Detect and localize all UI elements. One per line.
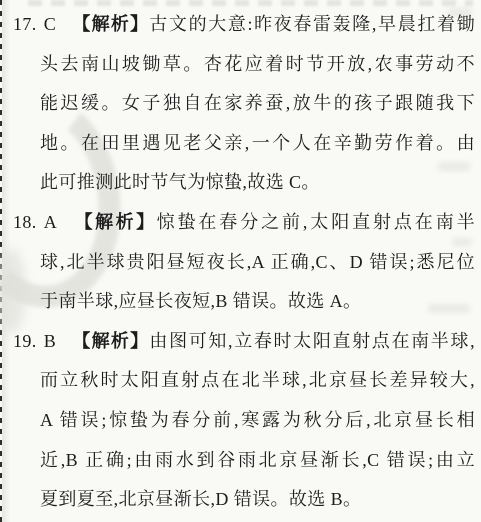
solution-line: 18.A【解析】惊蛰在春分之前,太阳直射点在南半 [13, 203, 475, 243]
solution-line: 而立秋时太阳直射点在北半球,北京昼长差异较大, [13, 361, 475, 401]
solution-line: 地。在田里遇见老父亲,一个人在辛勤劳作着。由 [13, 124, 475, 164]
answer-letter: A [44, 212, 57, 232]
answer-letter: C [44, 14, 56, 34]
solution-line: A 错误;惊蛰为春分前,寒露为秋分后,北京昼长相 [13, 401, 475, 441]
solution-line: 19.B【解析】由图可知,立春时太阳直射点在南半球, [13, 322, 475, 362]
analysis-label: 【解析】 [71, 331, 149, 351]
solution-line: 头去南山坡锄草。杏花应着时节开放,农事劳动不 [13, 45, 475, 85]
solutions-list: 17.C【解析】古文的大意:昨夜春雷轰隆,早晨扛着锄 头去南山坡锄草。杏花应着时… [13, 5, 475, 520]
answer-key-page: 17.C【解析】古文的大意:昨夜春雷轰隆,早晨扛着锄 头去南山坡锄草。杏花应着时… [0, 0, 481, 522]
answer-letter: B [44, 331, 56, 351]
question-number: 18. [13, 212, 37, 232]
solution-line: 夏到夏至,北京昼渐长,D 错误。故选 B。 [13, 480, 475, 520]
solution-line: 此可推测此时节气为惊蛰,故选 C。 [13, 163, 475, 203]
solution-line: 球,北半球贵阳昼短夜长,A 正确,C、D 错误;悉尼位 [13, 243, 475, 283]
solution-text: 古文的大意:昨夜春雷轰隆,早晨扛着锄 [149, 14, 475, 34]
solution-line: 能迟缓。女子独自在家养蚕,放牛的孩子跟随我下 [13, 84, 475, 124]
analysis-label: 【解析】 [72, 212, 157, 232]
question-number: 17. [13, 14, 37, 34]
solution-item-18: 18.A【解析】惊蛰在春分之前,太阳直射点在南半 球,北半球贵阳昼短夜长,A 正… [13, 203, 475, 322]
solution-item-17: 17.C【解析】古文的大意:昨夜春雷轰隆,早晨扛着锄 头去南山坡锄草。杏花应着时… [13, 5, 475, 203]
solution-text: 由图可知,立春时太阳直射点在南半球, [149, 331, 475, 351]
question-number: 19. [13, 331, 37, 351]
solution-line: 17.C【解析】古文的大意:昨夜春雷轰隆,早晨扛着锄 [13, 5, 475, 45]
solution-line: 近,B 正确;由雨水到谷雨北京昼渐长,C 错误;由立 [13, 441, 475, 481]
analysis-label: 【解析】 [71, 14, 149, 34]
solution-text: 惊蛰在春分之前,太阳直射点在南半 [157, 212, 475, 232]
solution-line: 于南半球,应昼长夜短,B 错误。故选 A。 [13, 282, 475, 322]
solution-item-19: 19.B【解析】由图可知,立春时太阳直射点在南半球, 而立秋时太阳直射点在北半球… [13, 322, 475, 520]
